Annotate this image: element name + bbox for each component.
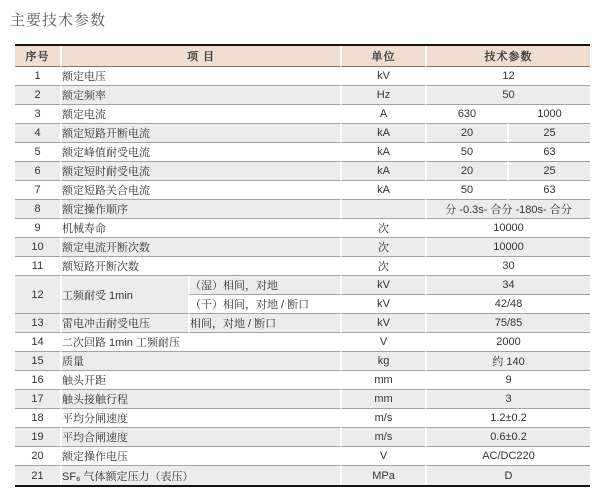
table-row: 1额定电压kV12 — [15, 67, 590, 86]
unit-cell: kA — [340, 181, 425, 200]
value-cell: 12 — [425, 67, 590, 86]
page: 主要技术参数 序号 项 目 单位 技术参数 1额定电压kV122额定频率Hz50… — [0, 0, 600, 495]
item-sub-cell: （湿）相间，对地 — [188, 276, 340, 295]
value-cell: 1.2±0.2 — [425, 409, 590, 428]
unit-cell: Hz — [340, 86, 425, 105]
row-number-cell: 12 — [15, 276, 60, 314]
table-row: 19平均合闸速度m/s0.6±0.2 — [15, 428, 590, 447]
table-body: 1额定电压kV122额定频率Hz503额定电流A63010004额定短路开断电流… — [15, 67, 590, 485]
value-cell: 1000 — [507, 105, 590, 124]
header-no: 序号 — [15, 46, 60, 67]
page-title: 主要技术参数 — [10, 9, 106, 30]
row-number-cell: 8 — [15, 200, 60, 219]
table-row: 17触头接触行程mm3 — [15, 390, 590, 409]
unit-cell — [340, 200, 425, 219]
row-number-cell: 7 — [15, 181, 60, 200]
item-cell: 二次回路 1min 工频耐压 — [60, 333, 340, 352]
row-number-cell: 21 — [15, 466, 60, 485]
table-row: 15质量kg约 140 — [15, 352, 590, 371]
table-row: 7额定短路关合电流kA5063 — [15, 181, 590, 200]
row-number-cell: 1 — [15, 67, 60, 86]
row-number-cell: 18 — [15, 409, 60, 428]
row-number-cell: 4 — [15, 124, 60, 143]
unit-cell: kA — [340, 124, 425, 143]
item-sub-cell: （干）相间，对地 / 断口 — [188, 295, 340, 314]
value-cell: 30 — [425, 257, 590, 276]
unit-cell: mm — [340, 390, 425, 409]
item-cell: 额定电压 — [60, 67, 340, 86]
row-number-cell: 3 — [15, 105, 60, 124]
value-cell: 75/85 — [425, 314, 590, 333]
unit-cell: mm — [340, 371, 425, 390]
row-number-cell: 5 — [15, 143, 60, 162]
item-cell: 额定电流 — [60, 105, 340, 124]
row-number-cell: 16 — [15, 371, 60, 390]
value-cell: 63 — [507, 181, 590, 200]
item-cell: 额定频率 — [60, 86, 340, 105]
row-number-cell: 6 — [15, 162, 60, 181]
value-cell: 25 — [507, 162, 590, 181]
row-number-cell: 17 — [15, 390, 60, 409]
value-cell: 42/48 — [425, 295, 590, 314]
item-cell: 额定电流开断次数 — [60, 238, 340, 257]
value-cell: 9 — [425, 371, 590, 390]
header-unit: 单位 — [340, 46, 425, 67]
unit-cell: A — [340, 105, 425, 124]
item-cell: 额定短时耐受电流 — [60, 162, 340, 181]
table-header: 序号 项 目 单位 技术参数 — [15, 46, 590, 67]
table-row: 10额定电流开断次数次10000 — [15, 238, 590, 257]
row-number-cell: 10 — [15, 238, 60, 257]
item-sub-cell: 相间，对地 / 断口 — [188, 314, 340, 333]
value-cell: 630 — [425, 105, 507, 124]
unit-cell: 次 — [340, 219, 425, 238]
unit-cell: V — [340, 333, 425, 352]
header-row: 序号 项 目 单位 技术参数 — [15, 46, 590, 67]
value-cell: 50 — [425, 181, 507, 200]
unit-cell: 次 — [340, 257, 425, 276]
value-cell: 0.6±0.2 — [425, 428, 590, 447]
header-param: 技术参数 — [425, 46, 590, 67]
value-cell: 50 — [425, 143, 507, 162]
table-row: 4额定短路开断电流kA2025 — [15, 124, 590, 143]
item-cell: 额定峰值耐受电流 — [60, 143, 340, 162]
unit-cell: m/s — [340, 409, 425, 428]
unit-cell: 次 — [340, 238, 425, 257]
unit-cell: kV — [340, 314, 425, 333]
table-row: 20额定操作电压VAC/DC220 — [15, 447, 590, 466]
table-row: 6额定短时耐受电流kA2025 — [15, 162, 590, 181]
table-row: 14二次回路 1min 工频耐压V2000 — [15, 333, 590, 352]
value-cell: D — [425, 466, 590, 485]
spec-table: 序号 项 目 单位 技术参数 1额定电压kV122额定频率Hz503额定电流A6… — [15, 44, 590, 487]
item-cell: 额短路开断次数 — [60, 257, 340, 276]
item-cell: 质量 — [60, 352, 340, 371]
table-row: 21SF₆ 气体额定压力（表压）MPaD — [15, 466, 590, 485]
item-cell: 平均合闸速度 — [60, 428, 340, 447]
item-cell: 雷电冲击耐受电压 — [60, 314, 188, 333]
row-number-cell: 19 — [15, 428, 60, 447]
row-number-cell: 2 — [15, 86, 60, 105]
item-cell: 工频耐受 1min — [60, 276, 188, 314]
value-cell: 3 — [425, 390, 590, 409]
table-row: 8额定操作顺序分 -0.3s- 合分 -180s- 合分 — [15, 200, 590, 219]
table-row: 12工频耐受 1min（湿）相间，对地kV34 — [15, 276, 590, 295]
value-cell: 2000 — [425, 333, 590, 352]
item-cell: 触头接触行程 — [60, 390, 340, 409]
row-number-cell: 14 — [15, 333, 60, 352]
table-row: 5额定峰值耐受电流kA5063 — [15, 143, 590, 162]
item-cell: 额定短路关合电流 — [60, 181, 340, 200]
value-cell: 34 — [425, 276, 590, 295]
item-cell: SF₆ 气体额定压力（表压） — [60, 466, 340, 485]
table-row: 9机械寿命次10000 — [15, 219, 590, 238]
unit-cell: kV — [340, 295, 425, 314]
row-number-cell: 15 — [15, 352, 60, 371]
table-row: 2额定频率Hz50 — [15, 86, 590, 105]
unit-cell: kV — [340, 67, 425, 86]
table-row: 18平均分闸速度m/s1.2±0.2 — [15, 409, 590, 428]
value-cell: 20 — [425, 162, 507, 181]
unit-cell: kA — [340, 143, 425, 162]
value-cell: AC/DC220 — [425, 447, 590, 466]
header-item: 项 目 — [60, 46, 340, 67]
item-cell: 机械寿命 — [60, 219, 340, 238]
unit-cell: V — [340, 447, 425, 466]
item-cell: 额定操作电压 — [60, 447, 340, 466]
value-cell: 分 -0.3s- 合分 -180s- 合分 — [425, 200, 590, 219]
row-number-cell: 13 — [15, 314, 60, 333]
row-number-cell: 11 — [15, 257, 60, 276]
item-cell: 额定短路开断电流 — [60, 124, 340, 143]
row-number-cell: 20 — [15, 447, 60, 466]
row-number-cell: 9 — [15, 219, 60, 238]
table-row: 16触头开距mm9 — [15, 371, 590, 390]
table-row: 3额定电流A6301000 — [15, 105, 590, 124]
value-cell: 25 — [507, 124, 590, 143]
item-cell: 额定操作顺序 — [60, 200, 340, 219]
item-cell: 平均分闸速度 — [60, 409, 340, 428]
table-row: 13雷电冲击耐受电压相间，对地 / 断口kV75/85 — [15, 314, 590, 333]
value-cell: 20 — [425, 124, 507, 143]
unit-cell: kA — [340, 162, 425, 181]
item-cell: 触头开距 — [60, 371, 340, 390]
value-cell: 63 — [507, 143, 590, 162]
value-cell: 50 — [425, 86, 590, 105]
table-row: 11额短路开断次数次30 — [15, 257, 590, 276]
value-cell: 10000 — [425, 219, 590, 238]
unit-cell: kV — [340, 276, 425, 295]
value-cell: 约 140 — [425, 352, 590, 371]
unit-cell: MPa — [340, 466, 425, 485]
unit-cell: m/s — [340, 428, 425, 447]
value-cell: 10000 — [425, 238, 590, 257]
unit-cell: kg — [340, 352, 425, 371]
